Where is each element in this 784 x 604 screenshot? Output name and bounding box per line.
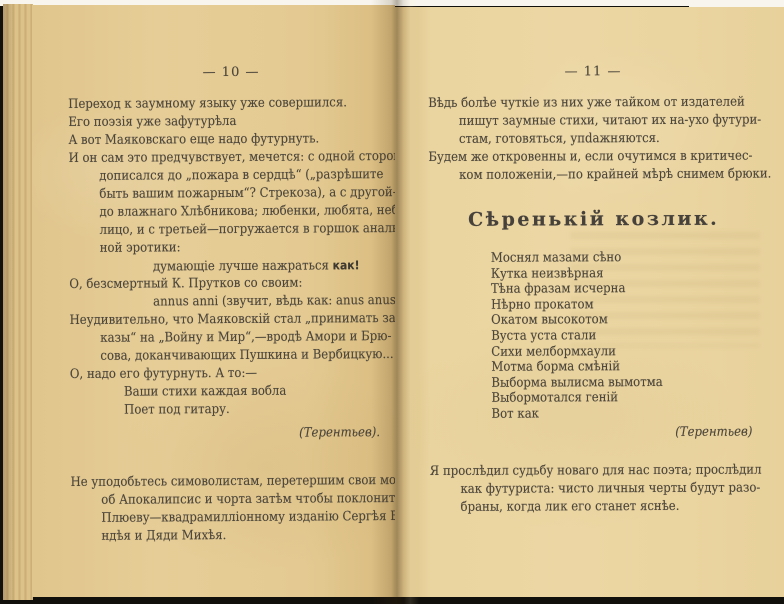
text-line: Окатом высокотом — [491, 312, 732, 329]
text-line: О, надо его футурнуть. А то:— — [70, 364, 364, 384]
text-line: Моснял мазами сѣно — [491, 250, 732, 267]
text-line: Ваши стихи каждая вобла — [70, 382, 364, 402]
text-line: Выбормотался геній — [491, 390, 732, 407]
text-line: Кутка неизвѣрная — [491, 265, 732, 282]
text-line: О, безсмертный К. Прутков со своим: — [69, 274, 363, 294]
text-line: И он сам это предчувствует, мечется: с о… — [69, 148, 363, 168]
right-page: — 11 — Вѣдь болѣе чуткіе из них уже тайк… — [395, 7, 784, 597]
text-line: ком положеніи,—по крайней мѣрѣ снимем бр… — [428, 166, 725, 185]
text-line: браны, когда лик его станет яснѣе. — [430, 497, 727, 516]
right-paragraph-1: Вѣдь болѣе чуткіе из них уже тайком от и… — [428, 94, 758, 185]
text-line: быть вашим пожарным“? Стрекоза), а с дру… — [69, 184, 363, 204]
text-line: Плюеву—квадрамилліонному изданію Сергѣя … — [71, 508, 365, 528]
book-spread-scan: — 10 — Переход к заумному языку уже сове… — [0, 0, 784, 604]
left-paragraph-2: Не уподобьтесь симоволистам, перетершим … — [70, 472, 395, 546]
attribution-left: (Терентьев). — [103, 424, 395, 444]
text-line: Вот как — [491, 406, 732, 423]
text-line: А вот Маяковскаго еще надо футурнуть. — [68, 130, 362, 150]
text-line: Вуста уста стали — [491, 328, 732, 345]
page-fore-edge — [3, 4, 33, 600]
text-line: Поет под гитару. — [70, 400, 364, 420]
text-line: Будем же откровенны и, если очутимся в к… — [428, 148, 725, 167]
page-number-right: — 11 — — [428, 63, 758, 82]
text-line: Не уподобьтесь симоволистам, перетершим … — [70, 472, 364, 492]
text-line: сова, доканчивающих Пушкина и Вербицкую.… — [70, 346, 364, 366]
text-line: лицо, и с третьей—погружается в горшок а… — [69, 220, 363, 240]
text-line: ной эротики: — [69, 238, 363, 258]
text-line: Я прослѣдил судьбу новаго для нас поэта;… — [430, 461, 727, 480]
text-line: Его поэзія уже зафутурѣла — [68, 112, 362, 132]
page-number-left: — 10 — — [68, 63, 394, 83]
text-line: annus anni (звучит, вѣдь как: anus anus) — [69, 292, 363, 312]
right-page-text-block: — 11 — Вѣдь болѣе чуткіе из них уже тайк… — [428, 63, 760, 517]
bold-text: как! — [333, 258, 360, 272]
text-line: Переход к заумному языку уже совершился. — [68, 94, 362, 114]
left-page: — 10 — Переход к заумному языку уже сове… — [32, 5, 395, 597]
text-line: как футуриста: чисто личныя черты будут … — [430, 479, 727, 498]
text-line: Мотма борма смѣній — [491, 359, 732, 376]
left-page-text-block: — 10 — Переход к заумному языку уже сове… — [68, 63, 395, 546]
poem-title: Сѣренькій козлик. — [429, 206, 759, 233]
text-line: Тѣна фразам исчерна — [491, 281, 732, 298]
right-paragraph-2: Я прослѣдил судьбу новаго для нас поэта;… — [430, 461, 760, 516]
attribution-right: (Терентьев) — [463, 423, 760, 442]
left-paragraph-1: Переход к заумному языку уже совершился.… — [68, 94, 395, 420]
text-line: об Апокалипсис и чорта затѣм чтобы покло… — [71, 490, 365, 510]
text-line: Неудивительно, что Маяковскій стал „прин… — [70, 310, 364, 330]
text-line: ндѣя и Дяди Михѣя. — [71, 526, 365, 546]
text-line: думающіе лучше нажраться как! — [69, 256, 363, 276]
text-line: Выборма вылисма вымотма — [491, 374, 732, 391]
text-line: дописался до „пожара в сердцѣ“ („разрѣши… — [69, 166, 363, 186]
text-line: Сихи мелбормхаули — [491, 343, 732, 360]
text-line: до влажнаго Хлѣбникова; любенки, любята,… — [69, 202, 363, 222]
text-line: пишут заумные стихи, читают их на-ухо фу… — [428, 112, 725, 131]
text-line: Нѣрно прокатом — [491, 296, 732, 313]
text-line: казы“ на „Войну и Мир“,—вродѣ Амори и Бр… — [70, 328, 364, 348]
poem: Моснял мазами сѣноКутка неизвѣрнаяТѣна ф… — [429, 250, 760, 423]
text-line: Вѣдь болѣе чуткіе из них уже тайком от и… — [428, 94, 725, 113]
text-line: стам, готовяться, упdажняются. — [428, 130, 725, 149]
